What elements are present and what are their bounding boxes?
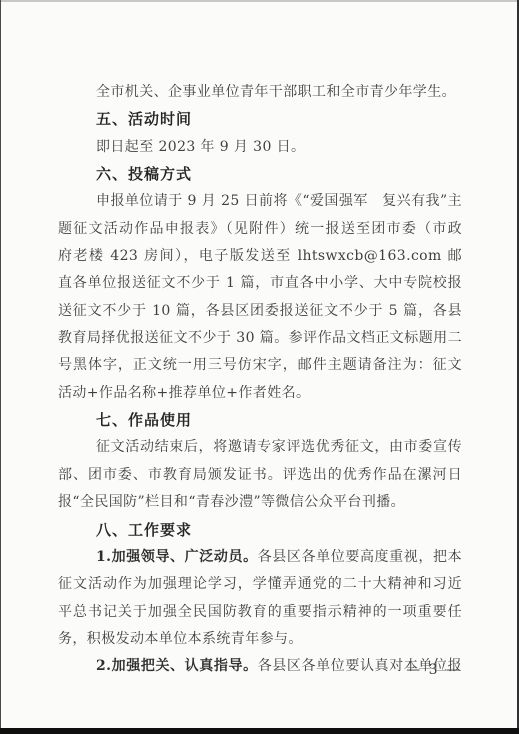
text-line: 直各单位报送征文不少于 1 篇，市直各中小学、大中专院校报 <box>58 270 462 297</box>
text-line: 号黑体字，正文统一用三号仿宋字，邮件主题请备注为：征文 <box>58 352 462 379</box>
text-segment: 平总书记关于加强全民国防教育的重要指示精神的一项重要任 <box>58 604 462 620</box>
section-heading: 六、投稿方式 <box>58 161 462 188</box>
text-line: 平总书记关于加强全民国防教育的重要指示精神的一项重要任 <box>58 599 462 626</box>
text-segment: 题征文活动作品申报表》（见附件）统一报送至团市委（市政 <box>58 221 462 237</box>
scanned-document: { "page": { "background": "#fbfbfa", "nu… <box>0 0 519 734</box>
text-line: 全市机关、企事业单位青年干部职工和全市青少年学生。 <box>58 79 462 106</box>
text-segment: 直各单位报送征文不少于 1 篇，市直各中小学、大中专院校报 <box>58 275 462 291</box>
bold-text-segment: 六、投稿方式 <box>96 165 192 183</box>
text-segment: 号黑体字，正文统一用三号仿宋字，邮件主题请备注为：征文 <box>58 357 462 373</box>
text-line: 部、团市委、市教育局颁发证书。评选出的优秀作品在漯河日 <box>58 462 462 489</box>
text-line: 即日起至 2023 年 9 月 30 日。 <box>58 134 462 161</box>
text-line: 教育局择优报送征文不少于 30 篇。参评作品文档正文标题用二 <box>58 325 462 352</box>
text-line: 题征文活动作品申报表》（见附件）统一报送至团市委（市政 <box>58 216 462 243</box>
text-line: 征文活动结束后，将邀请专家评选优秀征文，由市委宣传 <box>58 434 462 461</box>
section-heading: 七、作品使用 <box>58 407 462 434</box>
page-edge-top <box>0 0 519 2</box>
text-segment: 即日起至 2023 年 9 月 30 日。 <box>96 139 305 155</box>
page-edge-left <box>0 0 1 734</box>
text-segment: 征文活动结束后，将邀请专家评选优秀征文，由市委宣传 <box>96 439 462 455</box>
text-line: 活动+作品名称+推荐单位+作者姓名。 <box>58 380 462 407</box>
text-line: 征文活动作为加强理论学习，学懂弄通党的二十大精神和习近 <box>58 571 462 598</box>
bold-text-segment: 七、作品使用 <box>96 411 192 429</box>
bold-text-segment: 2.加强把关、认真指导。 <box>96 658 258 674</box>
text-segment: 活动+作品名称+推荐单位+作者姓名。 <box>58 385 310 401</box>
text-segment: 府老楼 423 房间），电子版发送至 lhtswxcb@163.com 邮箱。市 <box>58 248 462 270</box>
bold-text-segment: 五、活动时间 <box>96 110 192 128</box>
page-number: — 3 — <box>406 662 462 678</box>
text-segment: 全市机关、企事业单位青年干部职工和全市青少年学生。 <box>96 84 456 100</box>
text-line: 府老楼 423 房间），电子版发送至 lhtswxcb@163.com 邮箱。市 <box>58 243 462 270</box>
document-body: 全市机关、企事业单位青年干部职工和全市青少年学生。五、活动时间即日起至 2023… <box>58 79 462 681</box>
text-line: 送征文不少于 10 篇，各县区团委报送征文不少于 5 篇，各县区 <box>58 298 462 325</box>
bold-text-segment: 八、工作要求 <box>96 521 192 539</box>
text-line: 1.加强领导、广泛动员。各县区各单位要高度重视，把本次 <box>58 544 462 571</box>
text-segment: 部、团市委、市教育局颁发证书。评选出的优秀作品在漯河日 <box>58 467 462 483</box>
text-line: 报“全民国防”栏目和“青春沙澧”等微信公众平台刊播。 <box>58 489 462 516</box>
text-segment: 教育局择优报送征文不少于 30 篇。参评作品文档正文标题用二 <box>58 330 462 346</box>
section-heading: 八、工作要求 <box>58 517 462 544</box>
text-segment: 送征文不少于 10 篇，各县区团委报送征文不少于 5 篇，各县区 <box>58 303 462 325</box>
section-heading: 五、活动时间 <box>58 106 462 133</box>
page-edge-bottom <box>0 728 519 734</box>
text-line: 务，积极发动本单位本系统青年参与。 <box>58 626 462 653</box>
text-segment: 报“全民国防”栏目和“青春沙澧”等微信公众平台刊播。 <box>58 494 405 510</box>
text-line: 2.加强把关、认真指导。各县区各单位要认真对本单位报送 <box>58 653 462 680</box>
text-segment: 务，积极发动本单位本系统青年参与。 <box>58 631 303 647</box>
bold-text-segment: 1.加强领导、广泛动员。 <box>96 549 258 565</box>
text-line: 申报单位请于 9 月 25 日前将《“爱国强军 复兴有我”主 <box>58 188 462 215</box>
text-segment: 征文活动作为加强理论学习，学懂弄通党的二十大精神和习近 <box>58 576 462 592</box>
text-segment: 申报单位请于 9 月 25 日前将《“爱国强军 复兴有我”主 <box>96 193 462 209</box>
